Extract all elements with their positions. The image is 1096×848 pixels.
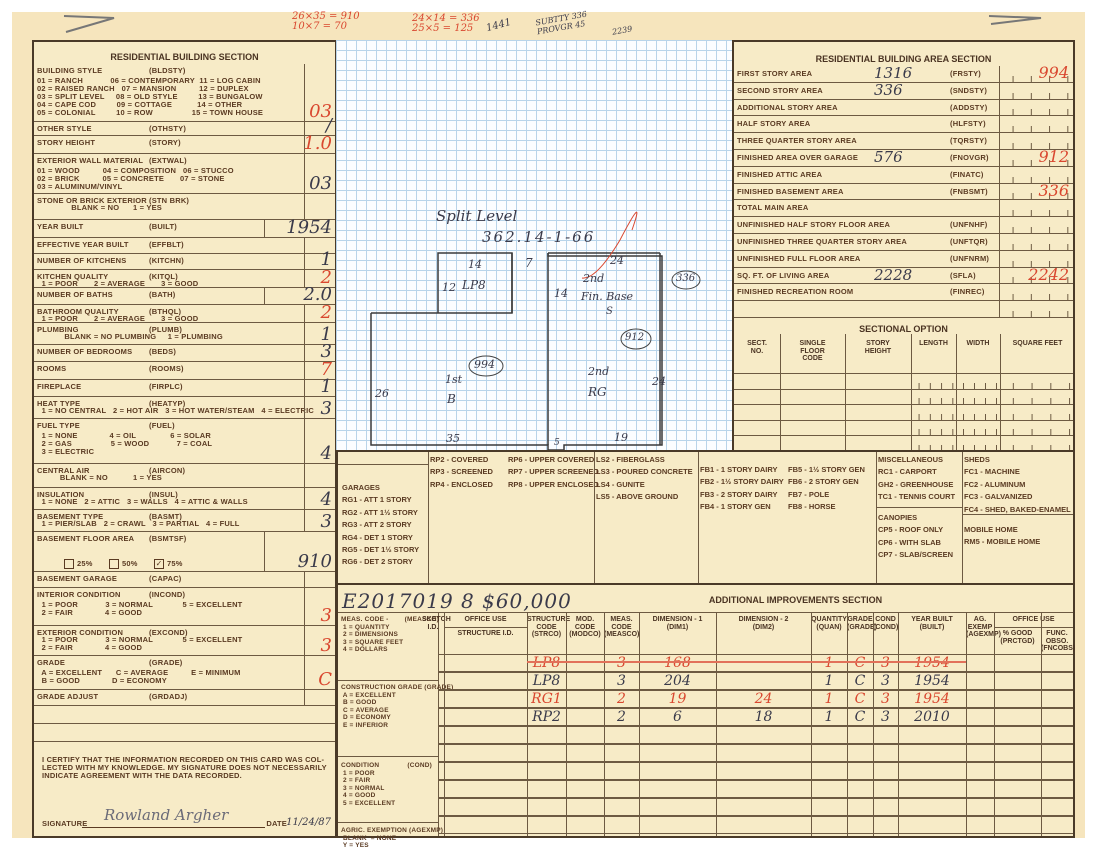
cell-cond xyxy=(873,798,898,816)
code-item: RG1 - ATT 1 STORY xyxy=(342,494,432,506)
section-title: ADDITIONAL IMPROVEMENTS SECTION xyxy=(518,595,1073,605)
cell-strco: RP2 xyxy=(527,708,566,726)
field-value-box[interactable]: 1 xyxy=(304,380,335,396)
code-group-porches-a: RP2 - COVEREDRP3 - SCREENEDRP4 - ENCLOSE… xyxy=(430,454,508,491)
code-item: RG3 - ATT 2 STORY xyxy=(342,519,432,531)
code-item: FC3 - GALVANIZED xyxy=(964,491,1074,503)
field-row: INTERIOR CONDITION(INCOND) 1 = POOR 3 = … xyxy=(34,588,335,626)
cell-built xyxy=(898,780,966,798)
sectional-row xyxy=(734,421,1073,437)
cell-cond: 3 xyxy=(873,690,898,708)
cell-dim2 xyxy=(716,654,811,672)
blank-row xyxy=(34,724,335,742)
field-row: EFFECTIVE YEAR BUILT(EFFBLT) xyxy=(34,238,335,254)
column-header-sketch_id: SKETCH I.D. xyxy=(422,616,444,631)
sectional-cell[interactable] xyxy=(956,390,1000,405)
field-value: 2 xyxy=(321,304,332,322)
cell-built xyxy=(898,726,966,744)
sectional-column-header: LENGTH xyxy=(911,340,956,348)
code-item: RG5 - DET 1½ STORY xyxy=(342,544,432,556)
area-value-box[interactable] xyxy=(999,301,1073,317)
cell-cond: 3 xyxy=(873,654,898,672)
cell-grade xyxy=(847,816,873,834)
field-label: BUILDING STYLE xyxy=(37,67,102,75)
field-value-box[interactable]: 1.0 xyxy=(304,136,335,153)
blank-row xyxy=(34,706,335,724)
column-header-quan: QUANTITY (QUAN) xyxy=(811,616,847,631)
field-options: 1 = PIER/SLAB 2 = CRAWL 3 = PARTIAL 4 = … xyxy=(37,520,240,528)
cell-strco: LP8 xyxy=(527,672,566,690)
field-options: 1 = NONE 4 = OIL 6 = SOLAR 2 = GAS 5 = W… xyxy=(37,432,212,456)
area-row: FINISHED AREA OVER GARAGE576(FNOVGR)912 xyxy=(734,150,1073,167)
field-label: FIREPLACE xyxy=(37,383,81,391)
sectional-cell[interactable] xyxy=(911,405,956,420)
field-value-box[interactable]: 4 xyxy=(304,488,335,509)
sectional-cell[interactable] xyxy=(956,436,1000,451)
date-label: DATE xyxy=(266,820,287,828)
field-value-box[interactable]: 3 xyxy=(304,626,335,655)
cell-strco xyxy=(527,762,566,780)
cell-strco xyxy=(527,816,566,834)
cell-cond xyxy=(873,816,898,834)
area-code: (FINREC) xyxy=(950,288,985,296)
cell-dim2 xyxy=(716,744,811,762)
field-options: 1 = POOR 2 = AVERAGE 3 = GOOD xyxy=(37,315,198,323)
legend-cond: CONDITION (COND) 1 = POOR 2 = FAIR 3 = N… xyxy=(341,762,432,808)
cell-grade: C xyxy=(847,672,873,690)
field-row: STORY HEIGHT(STORY)1.0 xyxy=(34,136,335,154)
area-value-box[interactable] xyxy=(999,217,1073,233)
cell-quan: 1 xyxy=(811,690,847,708)
area-value-box[interactable] xyxy=(999,116,1073,132)
field-row: BASEMENT GARAGE(CAPAC) xyxy=(34,572,335,588)
area-label: ADDITIONAL STORY AREA xyxy=(737,104,838,112)
field-row: ROOMS(ROOMS)7 xyxy=(34,362,335,380)
legend-agric: AGRIC. EXEMPTION (AGEXMP) BLANK = NONE Y… xyxy=(341,827,443,848)
area-code: (UNFNRM) xyxy=(950,255,989,263)
sectional-cell[interactable] xyxy=(1000,374,1075,389)
area-value-box[interactable]: 912 xyxy=(999,150,1073,166)
cell-dim2: 18 xyxy=(716,708,811,726)
code-group-farm-a: FB1 - 1 STORY DAIRYFB2 - 1½ STORY DAIRYF… xyxy=(700,464,780,514)
cell-dim2 xyxy=(716,672,811,690)
area-code: (FNBSMT) xyxy=(950,188,988,196)
cell-dim1: 19 xyxy=(639,690,716,708)
area-label: FINISHED BASEMENT AREA xyxy=(737,188,844,196)
cell-quan xyxy=(811,762,847,780)
cell-dim1 xyxy=(639,816,716,834)
code-item: GARAGES xyxy=(342,482,432,494)
cell-dim1: 168 xyxy=(639,654,716,672)
field-code: (BSMTSF) xyxy=(149,535,186,543)
cell-quan xyxy=(811,744,847,762)
dim-label: 35 xyxy=(446,432,460,445)
field-row: YEAR BUILT(BUILT)1954 xyxy=(34,220,335,238)
area-row: FIRST STORY AREA1316(FRSTY)994 xyxy=(734,66,1073,83)
cell-meas xyxy=(604,816,639,834)
code-item: CP5 - ROOF ONLY xyxy=(878,524,958,536)
building-area-section: RESIDENTIAL BUILDING AREA SECTION FIRST … xyxy=(732,40,1075,452)
cell-meas xyxy=(604,744,639,762)
sectional-cell[interactable] xyxy=(911,390,956,405)
section-title: RESIDENTIAL BUILDING SECTION xyxy=(34,52,335,62)
area-value: 2242 xyxy=(1028,266,1069,284)
code-item: RC1 - CARPORT xyxy=(878,466,958,478)
cell-grade xyxy=(847,726,873,744)
paper-clip-icon xyxy=(985,10,1045,28)
sectional-cell[interactable] xyxy=(1000,436,1075,451)
sectional-cell[interactable] xyxy=(1000,390,1075,405)
area-label: SECOND STORY AREA xyxy=(737,87,823,95)
cell-strco xyxy=(527,798,566,816)
field-label: BASEMENT GARAGE xyxy=(37,575,117,583)
cell-grade: C xyxy=(847,690,873,708)
area-row: UNFINISHED HALF STORY FLOOR AREA(UNFNHF) xyxy=(734,217,1073,234)
strikethrough xyxy=(527,661,966,663)
field-code: (ROOMS) xyxy=(149,365,184,373)
field-code: (FIRPLC) xyxy=(149,383,183,391)
field-code: (STORY) xyxy=(149,139,181,147)
field-code: (BATH) xyxy=(149,291,175,299)
field-code: (GRADE) xyxy=(149,659,182,667)
field-label: YEAR BUILT xyxy=(37,223,83,231)
area-value-box[interactable] xyxy=(999,83,1073,99)
column-header-dim2: DIMENSION - 2 (DIM2) xyxy=(716,616,811,631)
field-value: 1954 xyxy=(286,219,332,237)
code-item: SHEDS xyxy=(964,454,1074,466)
area-value: 912 xyxy=(1038,148,1069,166)
field-value: 03 xyxy=(309,175,332,193)
area-value-box[interactable] xyxy=(999,200,1073,216)
checkbox-icon: ✓ xyxy=(154,559,164,569)
area-label: 2nd xyxy=(583,272,604,285)
area-row: HALF STORY AREA(HLFSTY) xyxy=(734,116,1073,133)
cell-built: 1954 xyxy=(898,654,966,672)
area-handwritten: 1316 xyxy=(874,64,912,82)
field-label: EFFECTIVE YEAR BUILT xyxy=(37,241,129,249)
area-row xyxy=(734,301,1073,318)
cell-meas xyxy=(604,726,639,744)
column-header-agexmp: AG. EXEMP (AGEXMP) xyxy=(966,616,994,639)
field-label: ROOMS xyxy=(37,365,66,373)
sectional-column-header: WIDTH xyxy=(956,340,1000,348)
area-row: TOTAL MAIN AREA xyxy=(734,200,1073,217)
sectional-cell[interactable] xyxy=(956,374,1000,389)
code-item: LS4 - GUNITE xyxy=(596,479,696,491)
code-group-pools: LS2 - FIBERGLASSLS3 - POURED CONCRETELS4… xyxy=(596,454,696,504)
cell-dim1 xyxy=(639,744,716,762)
cell-grade xyxy=(847,780,873,798)
code-item: FB8 - HORSE xyxy=(788,501,878,513)
area-label: S xyxy=(606,306,613,317)
field-options: 1 = POOR 3 = NORMAL 5 = EXCELLENT 2 = FA… xyxy=(37,601,242,617)
area-value: 336 xyxy=(676,273,695,284)
field-value-box[interactable]: 2 xyxy=(304,305,335,322)
column-header-structure_id: STRUCTURE I.D. xyxy=(444,630,527,638)
field-label: INTERIOR CONDITION xyxy=(37,591,121,599)
field-value-box[interactable] xyxy=(304,194,335,219)
field-label: NUMBER OF BEDROOMS xyxy=(37,348,132,356)
code-group-mobile: MOBILE HOMERM5 - MOBILE HOME xyxy=(964,524,1074,549)
code-group-sheds: SHEDSFC1 - MACHINEFC2 - ALUMINUMFC3 - GA… xyxy=(964,454,1074,516)
cell-dim2 xyxy=(716,816,811,834)
cell-dim1: 204 xyxy=(639,672,716,690)
field-value: 1 xyxy=(321,378,332,396)
area-label: RG xyxy=(588,385,607,399)
cell-grade xyxy=(847,762,873,780)
cell-grade: C xyxy=(847,708,873,726)
code-group-garages: GARAGESRG1 - ATT 1 STORYRG2 - ATT 1½ STO… xyxy=(342,482,432,569)
area-row: SECOND STORY AREA336(SNDSTY) xyxy=(734,83,1073,100)
cell-meas xyxy=(604,798,639,816)
area-label: HALF STORY AREA xyxy=(737,120,810,128)
area-label: 1st xyxy=(445,373,462,386)
cell-cond: 3 xyxy=(873,672,898,690)
area-label: LP8 xyxy=(462,278,486,292)
sectional-cell[interactable] xyxy=(911,436,956,451)
field-label: GRADE ADJUST xyxy=(37,693,98,701)
column-header-dim1: DIMENSION - 1 (DIM1) xyxy=(639,616,716,631)
column-header-strco: STRUCTURE CODE (STRCO) xyxy=(527,616,566,639)
area-row: FINISHED ATTIC AREA(FINATC) xyxy=(734,167,1073,184)
field-value-box[interactable]: 910 xyxy=(264,532,335,571)
cell-dim2 xyxy=(716,726,811,744)
column-header-prctgd: % GOOD (PRCTGD) xyxy=(994,630,1041,645)
cell-dim1 xyxy=(639,762,716,780)
field-label: BASEMENT FLOOR AREA xyxy=(37,535,134,543)
code-item: FB4 - 1 STORY GEN xyxy=(700,501,780,513)
dim-label: 19 xyxy=(614,431,628,444)
field-options: BLANK = NO 1 = YES xyxy=(37,474,162,482)
cell-built xyxy=(898,762,966,780)
cell-cond xyxy=(873,780,898,798)
field-code: (BLDSTY) xyxy=(149,67,186,75)
area-value-box[interactable]: 336 xyxy=(999,184,1073,200)
cell-strco xyxy=(527,726,566,744)
code-item: TC1 - TENNIS COURT xyxy=(878,491,958,503)
field-value: 4 xyxy=(321,445,332,463)
field-code: (INCOND) xyxy=(149,591,185,599)
dim-label: 5 xyxy=(554,438,560,448)
code-item: FB7 - POLE xyxy=(788,489,878,501)
field-value-box[interactable]: C xyxy=(304,656,335,689)
code-group-porches-b: RP6 - UPPER COVEREDRP7 - UPPER SCREENEDR… xyxy=(508,454,596,491)
dim-label: 24 xyxy=(610,254,624,267)
sectional-cell[interactable] xyxy=(956,421,1000,436)
sectional-cell[interactable] xyxy=(911,374,956,389)
code-item: RG6 - DET 2 STORY xyxy=(342,556,432,568)
field-value: 1.0 xyxy=(303,135,332,153)
sectional-cell[interactable] xyxy=(1000,405,1075,420)
checkbox-label: 25% xyxy=(77,560,93,568)
field-code: (CAPAC) xyxy=(149,575,182,583)
field-options: 1 = POOR 2 = AVERAGE 3 = GOOD xyxy=(37,280,198,288)
cell-cond xyxy=(873,726,898,744)
field-value-box[interactable]: 4 xyxy=(304,419,335,463)
office-use-header: OFFICE USE xyxy=(444,616,527,624)
field-options: 01 = RANCH 06 = CONTEMPORARY 11 = LOG CA… xyxy=(37,77,263,117)
area-code: (ADDSTY) xyxy=(950,104,987,112)
sketch-grid: Split Level 362.14-1-66 14 12 LP8 7 1st … xyxy=(336,40,732,480)
checkbox-label: 50% xyxy=(122,560,138,568)
field-value-box[interactable]: 1954 xyxy=(264,220,335,237)
area-code: (HLFSTY) xyxy=(950,120,986,128)
cell-strco xyxy=(527,744,566,762)
code-item: CP7 - SLAB/SCREEN xyxy=(878,549,958,561)
basement-pct-checkbox[interactable]: 25% xyxy=(64,559,93,569)
field-value: 3 xyxy=(321,400,332,418)
basement-pct-checkbox[interactable]: 50% xyxy=(109,559,138,569)
code-item: MOBILE HOME xyxy=(964,524,1074,536)
cell-cond xyxy=(873,762,898,780)
field-code: (GRDADJ) xyxy=(149,693,187,701)
area-code: (SNDSTY) xyxy=(950,87,987,95)
code-item: MISCELLANEOUS xyxy=(878,454,958,466)
area-label: FIRST STORY AREA xyxy=(737,70,812,78)
field-row: EXTERIOR CONDITION(EXCOND) 1 = POOR 3 = … xyxy=(34,626,335,656)
field-value-box[interactable]: 3 xyxy=(304,588,335,625)
dim-label: 24 xyxy=(652,375,666,388)
field-row: INSULATION(INSUL) 1 = NONE 2 = ATTIC 3 =… xyxy=(34,488,335,510)
field-options: BLANK = NO 1 = YES xyxy=(37,204,162,212)
field-value: C xyxy=(318,671,332,689)
field-row: PLUMBING(PLUMB) BLANK = NO PLUMBING 1 = … xyxy=(34,323,335,345)
cell-quan: 1 xyxy=(811,672,847,690)
sectional-column-header: SECT. NO. xyxy=(734,340,780,355)
field-options: 1 = POOR 3 = NORMAL 5 = EXCELLENT 2 = FA… xyxy=(37,636,242,652)
sectional-column-header: STORY HEIGHT xyxy=(845,340,911,355)
field-row: GRADE ADJUST(GRDADJ) xyxy=(34,690,335,706)
code-item: FB2 - 1½ STORY DAIRY xyxy=(700,476,780,488)
code-item: CP6 - WITH SLAB xyxy=(878,537,958,549)
checkbox-icon xyxy=(64,559,74,569)
area-code: (SFLA) xyxy=(950,272,976,280)
cell-built xyxy=(898,816,966,834)
code-item: FB5 - 1½ STORY GEN xyxy=(788,464,878,476)
field-row: KITCHEN QUALITY(KITQL) 1 = POOR 2 = AVER… xyxy=(34,270,335,288)
cell-dim2 xyxy=(716,762,811,780)
field-code: (BEDS) xyxy=(149,348,176,356)
field-row: GRADE(GRADE) A = EXCELLENT C = AVERAGE E… xyxy=(34,656,335,690)
floor-plan-sketch xyxy=(336,40,732,480)
dim-label: 14 xyxy=(554,287,568,300)
code-item: RP2 - COVERED xyxy=(430,454,508,466)
field-value: 3 xyxy=(321,637,332,655)
field-row: FUEL TYPE(FUEL) 1 = NONE 4 = OIL 6 = SOL… xyxy=(34,419,335,464)
code-item: RP6 - UPPER COVERED xyxy=(508,454,596,466)
field-code: (EFFBLT) xyxy=(149,241,184,249)
field-code: (BUILT) xyxy=(149,223,177,231)
signature-line[interactable] xyxy=(82,827,265,828)
field-value-box[interactable]: 3 xyxy=(304,397,335,418)
field-label: GRADE xyxy=(37,659,65,667)
sectional-cell[interactable] xyxy=(956,405,1000,420)
cell-dim2 xyxy=(716,798,811,816)
code-item: RG2 - ATT 1½ STORY xyxy=(342,507,432,519)
field-value-box[interactable] xyxy=(304,690,335,705)
residential-building-section: RESIDENTIAL BUILDING SECTION BUILDING ST… xyxy=(32,40,337,838)
field-value-box[interactable] xyxy=(304,572,335,587)
cell-built: 1954 xyxy=(898,690,966,708)
area-handwritten: 336 xyxy=(874,81,903,99)
field-row: EXTERIOR WALL MATERIAL(EXTWAL)01 = WOOD … xyxy=(34,154,335,194)
field-label: EXTERIOR WALL MATERIAL xyxy=(37,157,143,165)
field-row: BATHROOM QUALITY(BTHQL) 1 = POOR 2 = AVE… xyxy=(34,305,335,323)
area-label: UNFINISHED HALF STORY FLOOR AREA xyxy=(737,221,890,229)
cell-cond: 3 xyxy=(873,708,898,726)
cell-built xyxy=(898,744,966,762)
dim-label: 7 xyxy=(525,256,533,270)
area-value-box[interactable]: 994 xyxy=(999,66,1073,82)
code-item: LS3 - POURED CONCRETE xyxy=(596,466,696,478)
area-handwritten: 576 xyxy=(874,148,903,166)
area-code: (FINATC) xyxy=(950,171,984,179)
cell-grade xyxy=(847,744,873,762)
field-value-box[interactable]: 03 xyxy=(304,154,335,193)
legend-grade: CONSTRUCTION GRADE (GRADE) A = EXCELLENT… xyxy=(341,684,453,730)
cell-meas: 3 xyxy=(604,654,639,672)
code-item: RP4 - ENCLOSED xyxy=(430,479,508,491)
field-row: OTHER STYLE(OTHSTY)/ xyxy=(34,122,335,136)
area-handwritten: 2228 xyxy=(874,266,912,284)
area-code: (UNFTQR) xyxy=(950,238,988,246)
area-value-box[interactable] xyxy=(999,234,1073,250)
field-code: (OTHSTY) xyxy=(149,125,186,133)
field-row: NUMBER OF BATHS(BATH)2.0 xyxy=(34,288,335,305)
cell-quan: 1 xyxy=(811,654,847,672)
cell-built xyxy=(898,798,966,816)
signature-label: SIGNATURE xyxy=(42,820,87,828)
cell-dim2 xyxy=(716,780,811,798)
code-item: RM5 - MOBILE HOME xyxy=(964,536,1074,548)
area-code: (FRSTY) xyxy=(950,70,981,78)
paper-clip-icon xyxy=(60,12,120,36)
field-value-box[interactable] xyxy=(304,464,335,487)
field-value-box[interactable]: 3 xyxy=(304,510,335,531)
area-value-box[interactable] xyxy=(999,284,1073,300)
code-item: FC1 - MACHINE xyxy=(964,466,1074,478)
area-row: FINISHED BASEMENT AREA(FNBSMT)336 xyxy=(734,184,1073,201)
area-value-box[interactable]: 2242 xyxy=(999,268,1073,284)
cell-meas xyxy=(604,780,639,798)
basement-pct-checkbox[interactable]: ✓75% xyxy=(154,559,183,569)
cell-cond xyxy=(873,744,898,762)
area-value: 994 xyxy=(474,358,495,371)
date-value: 11/24/87 xyxy=(286,817,331,828)
area-value-box[interactable] xyxy=(999,100,1073,116)
margin-note: 24×14 = 336 25×5 = 125 xyxy=(412,14,480,34)
cell-quan xyxy=(811,816,847,834)
sectional-cell[interactable] xyxy=(1000,421,1075,436)
cell-quan xyxy=(811,798,847,816)
improvements-legend: MEAS. CODE - (MEASCO) 1 = QUANTITY 2 = D… xyxy=(338,612,439,836)
field-value: 910 xyxy=(298,553,332,571)
checkbox-icon xyxy=(109,559,119,569)
area-row: UNFINISHED THREE QUARTER STORY AREA(UNFT… xyxy=(734,234,1073,251)
sectional-row xyxy=(734,390,1073,406)
sectional-cell[interactable] xyxy=(911,421,956,436)
code-item: RP7 - UPPER SCREENED xyxy=(508,466,596,478)
cell-meas: 2 xyxy=(604,690,639,708)
code-group-canopies: CANOPIESCP5 - ROOF ONLYCP6 - WITH SLABCP… xyxy=(878,512,958,562)
column-header-modco: MOD. CODE (MODCO) xyxy=(566,616,604,639)
field-value-box[interactable]: 03 xyxy=(304,64,335,121)
area-row: ADDITIONAL STORY AREA(ADDSTY) xyxy=(734,100,1073,117)
sectional-row xyxy=(734,374,1073,390)
column-header-built: YEAR BUILT (BUILT) xyxy=(898,616,966,631)
column-header-measco: MEAS. CODE (MEASCO) xyxy=(604,616,639,639)
certification-text: I CERTIFY THAT THE INFORMATION RECORDED … xyxy=(42,756,327,780)
